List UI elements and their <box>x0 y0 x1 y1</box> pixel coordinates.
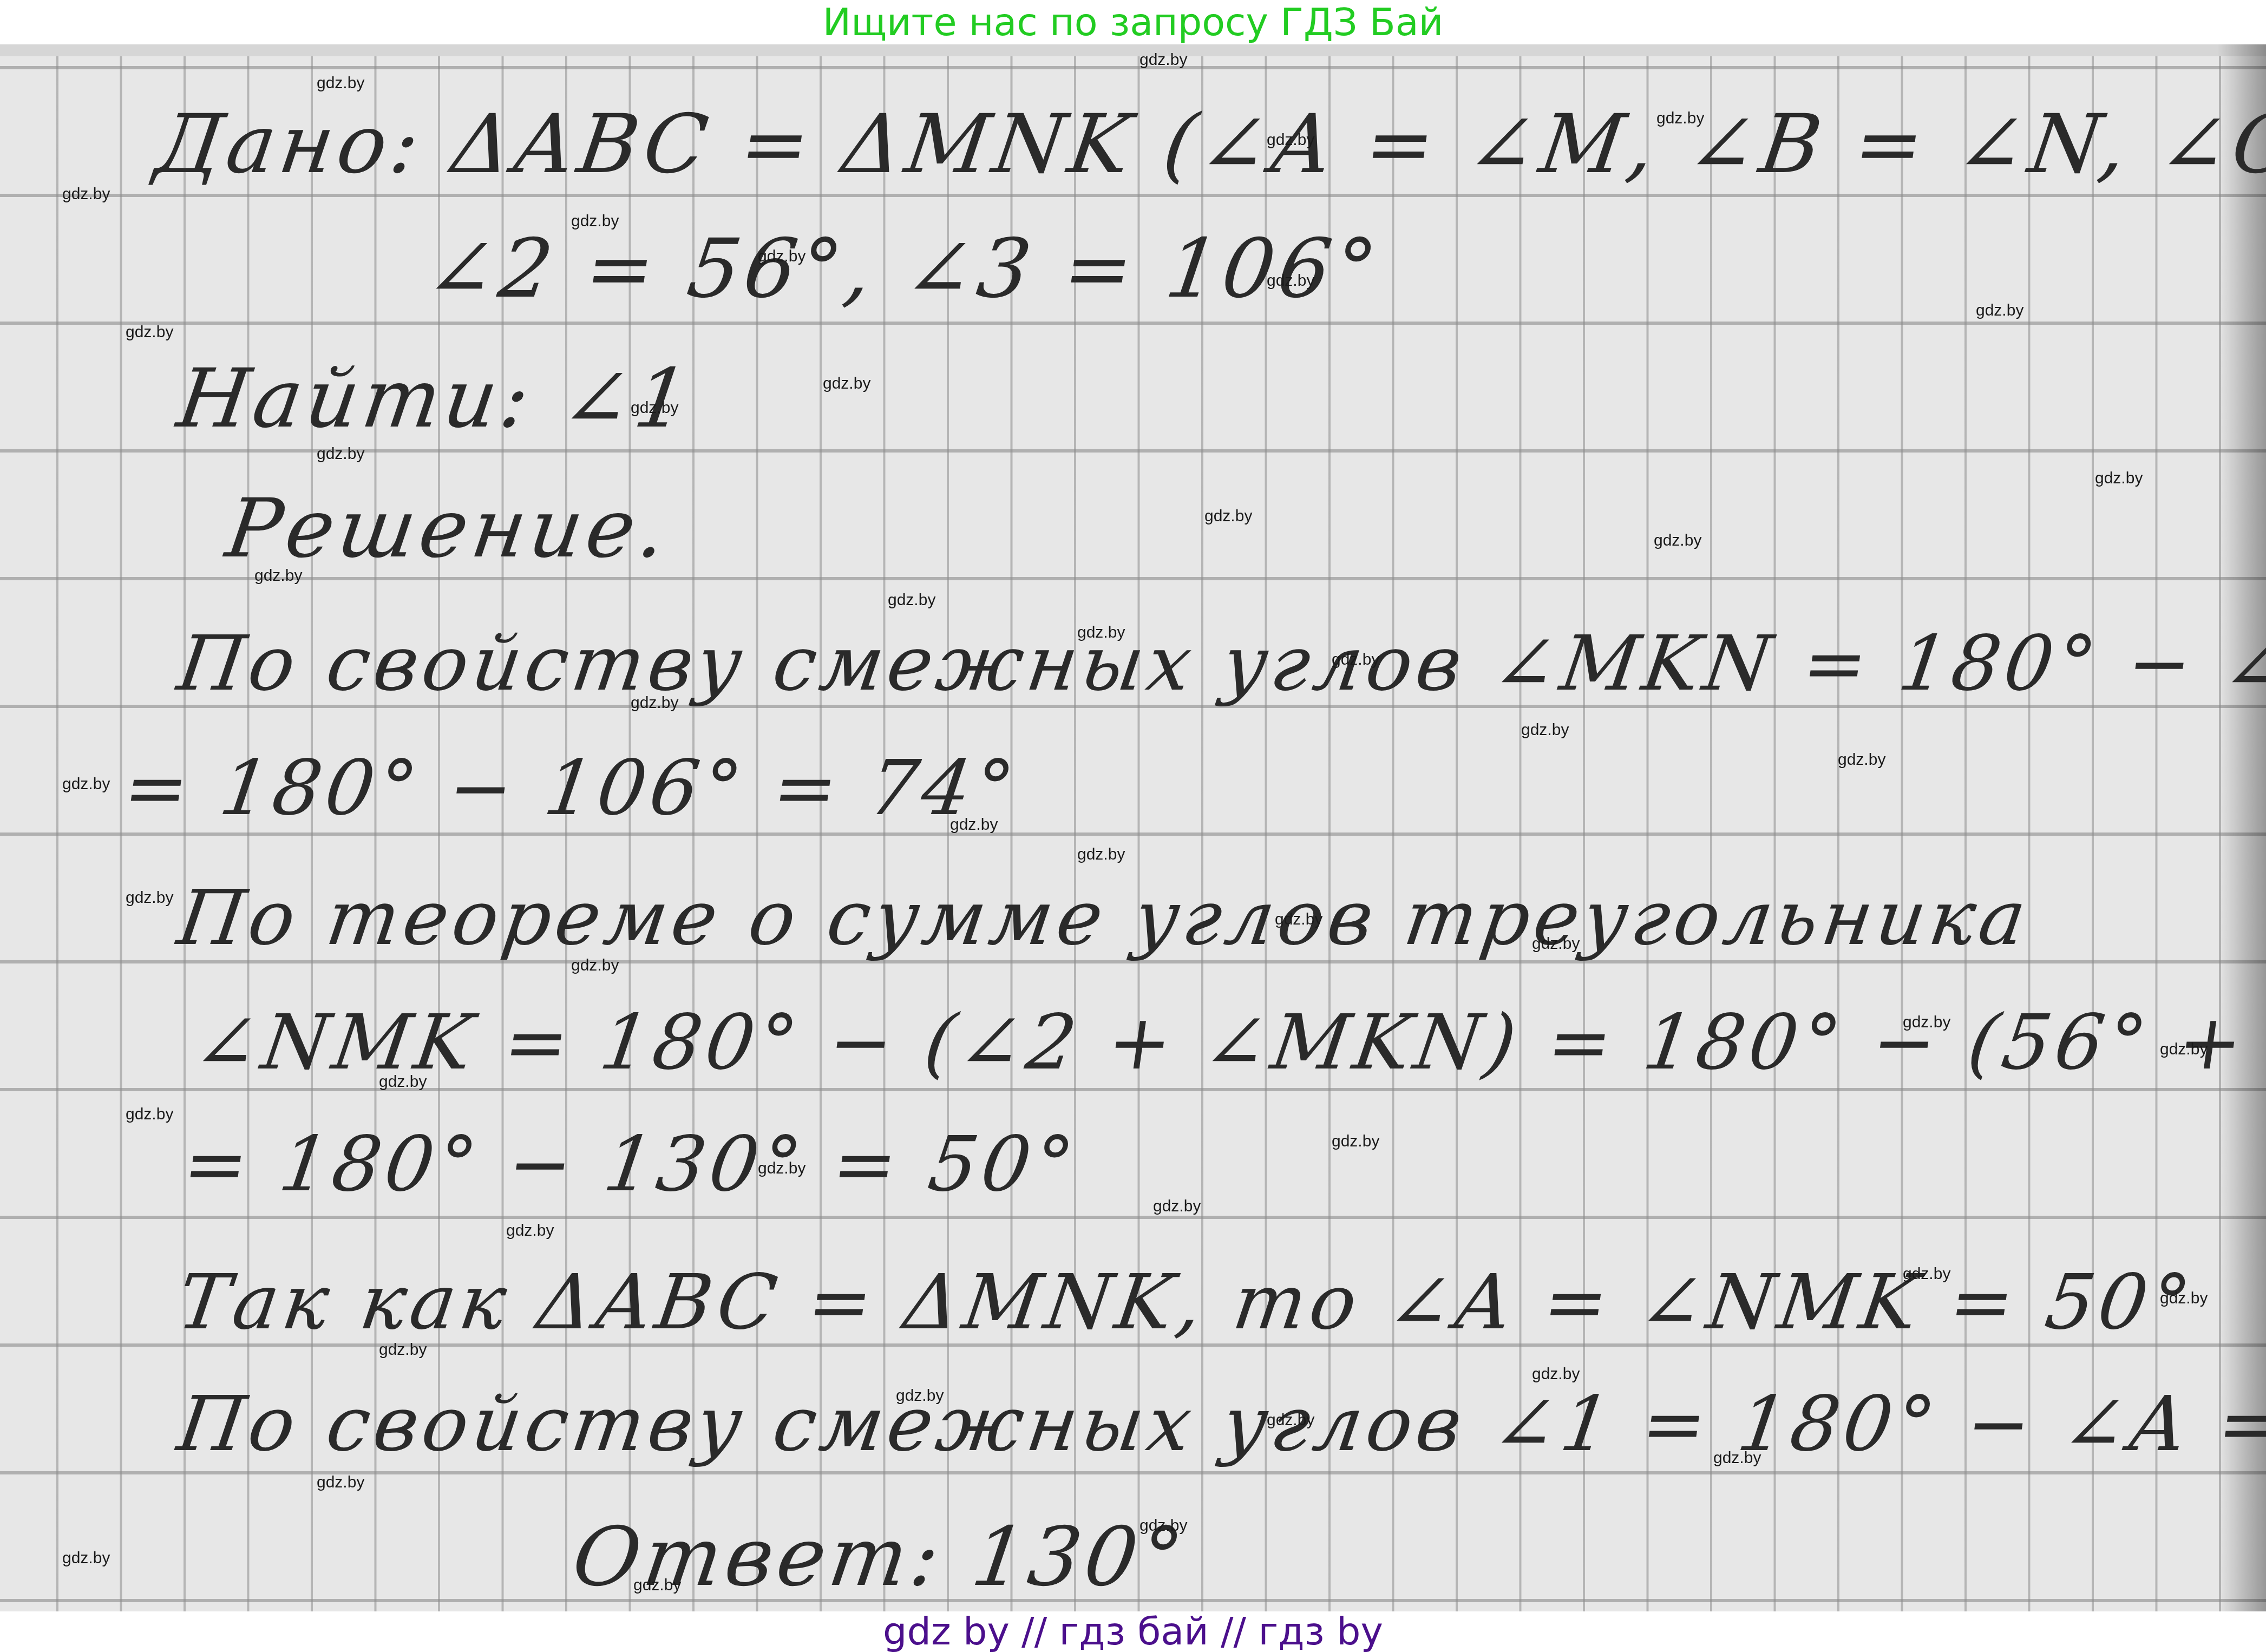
step-2-result: = 180° − 130° = 50° <box>179 1127 1082 1203</box>
watermark: gdz.by <box>1077 624 1125 642</box>
watermark: gdz.by <box>888 591 935 609</box>
step-4-line: По свойству смежных углов ∠1 = 180° − ∠A… <box>173 1387 2266 1463</box>
watermark: gdz.by <box>1267 131 1314 149</box>
watermark: gdz.by <box>62 1549 110 1568</box>
watermark: gdz.by <box>506 1222 554 1240</box>
watermark: gdz.by <box>631 399 678 417</box>
watermark: gdz.by <box>126 323 173 342</box>
step-1-result: = 180° − 106° = 74° <box>119 751 1023 827</box>
watermark: gdz.by <box>254 567 302 585</box>
watermark: gdz.by <box>1521 721 1569 739</box>
watermark: gdz.by <box>1903 1013 1950 1032</box>
watermark: gdz.by <box>317 74 364 93</box>
watermark: gdz.by <box>1267 1411 1314 1430</box>
step-1-line: По свойству смежных углов ∠MKN = 180° − … <box>173 626 2266 702</box>
page-shadow <box>2217 44 2266 1611</box>
watermark: gdz.by <box>2095 469 2143 488</box>
watermark: gdz.by <box>317 1473 364 1492</box>
watermark: gdz.by <box>2160 1040 2208 1059</box>
watermark: gdz.by <box>571 212 619 231</box>
watermark: gdz.by <box>1139 51 1187 69</box>
watermark: gdz.by <box>1713 1449 1761 1467</box>
watermark: gdz.by <box>317 445 364 463</box>
watermark: gdz.by <box>758 247 805 266</box>
watermark: gdz.by <box>1153 1197 1201 1216</box>
watermark: gdz.by <box>62 775 110 794</box>
watermark: gdz.by <box>823 375 870 393</box>
watermark: gdz.by <box>379 1341 427 1359</box>
watermark: gdz.by <box>1903 1265 1950 1283</box>
watermark: gdz.by <box>950 816 998 834</box>
find-line: Найти: ∠1 <box>173 358 697 440</box>
paper-edge <box>0 44 2266 56</box>
notebook-page: Дано: ΔABC = ΔMNK (∠A = ∠M, ∠B = ∠N, ∠C … <box>0 44 2266 1611</box>
watermark: gdz.by <box>758 1159 805 1178</box>
watermark: gdz.by <box>1332 1132 1379 1151</box>
step-2-formula: ∠NMK = 180° − (∠2 + ∠MKN) = 180° − (56° … <box>189 1005 2266 1081</box>
watermark: gdz.by <box>633 1576 681 1595</box>
watermark: gdz.by <box>1838 751 1885 769</box>
solution-heading: Решение. <box>221 488 675 569</box>
watermark: gdz.by <box>126 889 173 907</box>
step-2-line: По теореме о сумме углов треугольника <box>173 881 2034 956</box>
given-line: Дано: ΔABC = ΔMNK (∠A = ∠M, ∠B = ∠N, ∠C … <box>151 104 2266 185</box>
watermark: gdz.by <box>126 1105 173 1124</box>
watermark: gdz.by <box>1976 301 2023 320</box>
watermark: gdz.by <box>1204 507 1252 526</box>
watermark: gdz.by <box>1656 109 1704 128</box>
bottom-banner: gdz by // гдз бай // гдз by <box>0 1611 2266 1652</box>
watermark: gdz.by <box>1654 532 1701 550</box>
watermark: gdz.by <box>1532 1365 1580 1384</box>
given-angles-line: ∠2 = 56°, ∠3 = 106° <box>422 228 1385 310</box>
watermark: gdz.by <box>896 1387 944 1405</box>
watermark: gdz.by <box>62 185 110 204</box>
watermark: gdz.by <box>631 694 678 712</box>
step-3-line: Так как ΔABC = ΔMNK, то ∠A = ∠NMK = 50° <box>173 1265 2199 1341</box>
watermark: gdz.by <box>1267 272 1314 290</box>
top-banner: Ищите нас по запросу ГДЗ Бай <box>0 0 2266 44</box>
watermark: gdz.by <box>1332 651 1379 669</box>
watermark: gdz.by <box>1077 845 1125 864</box>
watermark: gdz.by <box>571 956 619 975</box>
watermark: gdz.by <box>1532 935 1580 953</box>
watermark: gdz.by <box>1139 1517 1187 1535</box>
watermark: gdz.by <box>379 1073 427 1091</box>
watermark: gdz.by <box>1275 910 1322 929</box>
watermark: gdz.by <box>2160 1289 2208 1308</box>
